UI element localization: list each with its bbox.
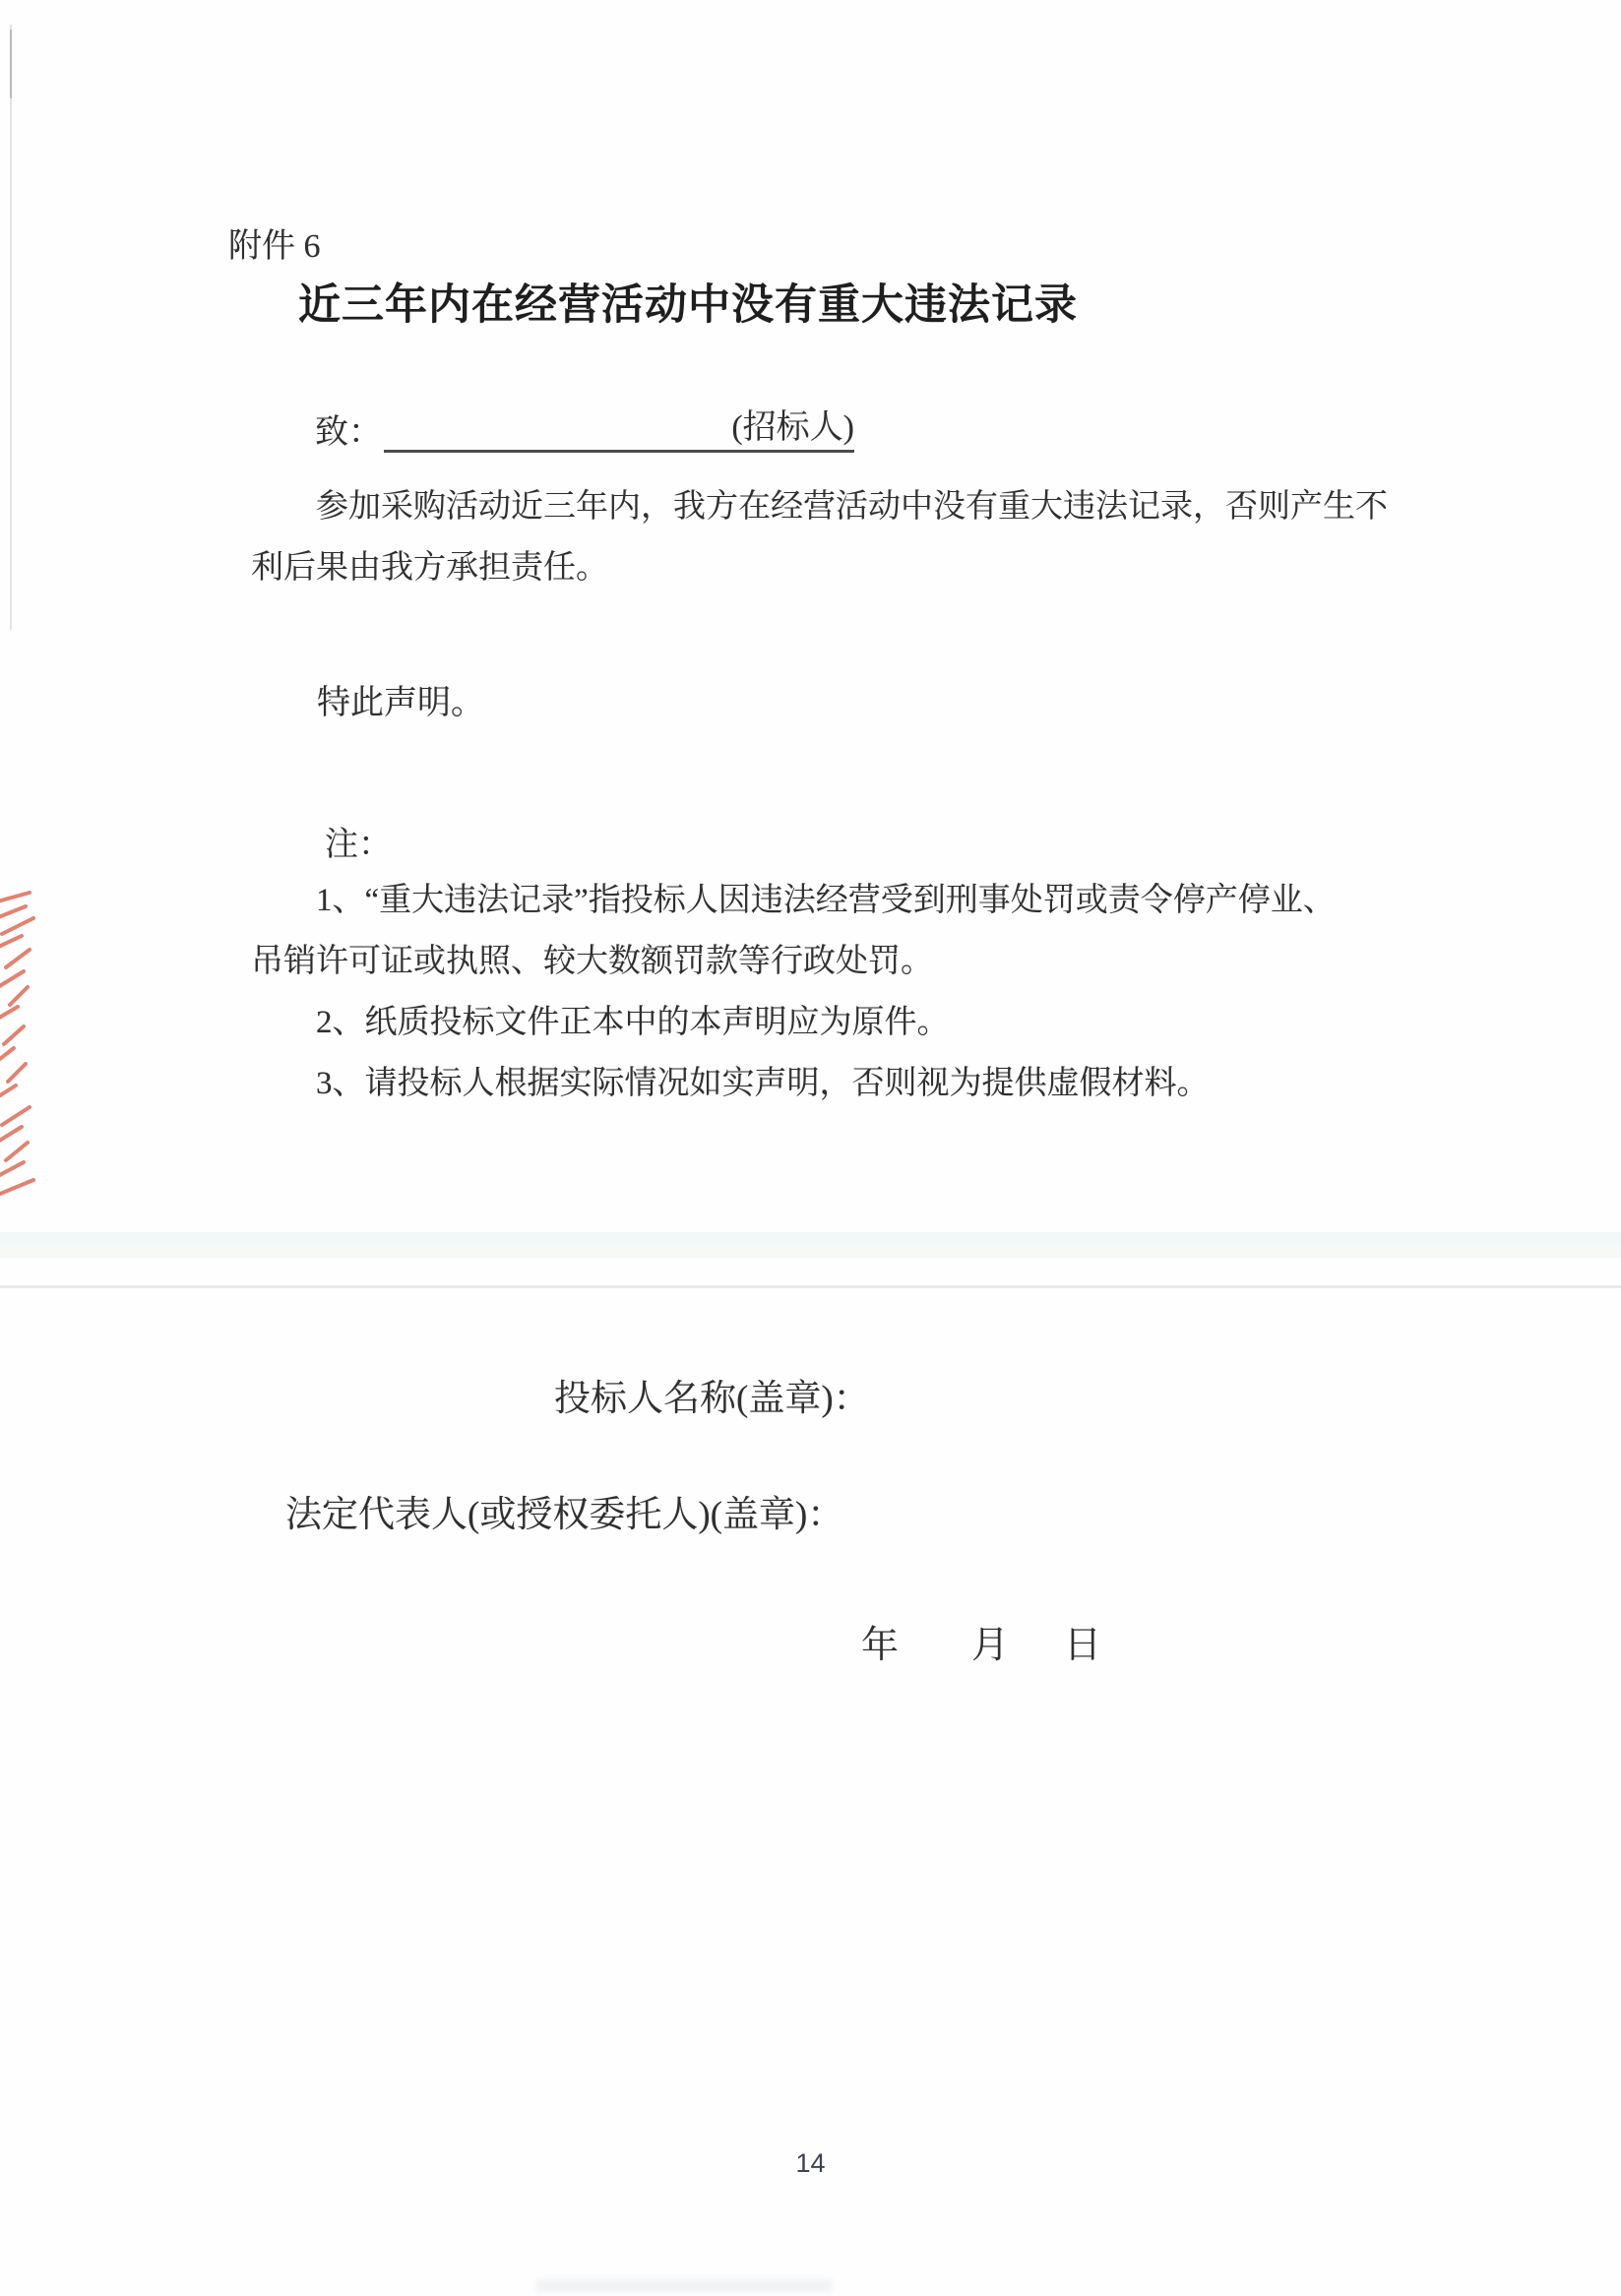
scan-artifact-line xyxy=(0,1285,1621,1288)
note-line: 吊销许可证或执照、较大数额罚款等行政处罚。 xyxy=(251,931,1432,992)
page-number: 14 xyxy=(0,2148,1621,2179)
scan-edge-line xyxy=(10,25,12,630)
salutation-prefix: 致： xyxy=(315,414,382,451)
body-line: 利后果由我方承担责任。 xyxy=(251,537,1432,598)
bleed-through-ghost xyxy=(536,2279,832,2292)
red-stamp-strokes xyxy=(0,889,41,1202)
note-line: 3、请投标人根据实际情况如实声明，否则视为提供虚假材料。 xyxy=(251,1053,1432,1114)
notes-label: 注： xyxy=(325,817,392,865)
scan-edge-mark xyxy=(10,30,12,98)
recipient-blank-field: (招标人) xyxy=(384,400,854,453)
date-year-label: 年 xyxy=(861,1625,899,1666)
red-stamp-fragment xyxy=(0,889,41,1202)
recipient-hint: (招标人) xyxy=(731,400,854,448)
document-title: 近三年内在经营活动中没有重大违法记录 xyxy=(298,272,1078,332)
attachment-label: 附件 6 xyxy=(228,218,321,267)
body-line: 参加采购活动近三年内，我方在经营活动中没有重大违法记录，否则产生不 xyxy=(251,476,1432,537)
declaration-text: 特此声明。 xyxy=(317,675,484,723)
legal-representative-label: 法定代表人(或授权委托人)(盖章)： xyxy=(285,1484,843,1537)
document-page: 附件 6 近三年内在经营活动中没有重大违法记录 致：(招标人) 参加采购活动近三… xyxy=(0,0,1621,2296)
note-line: 1、“重大违法记录”指投标人因违法经营受到刑事处罚或责令停产停业、 xyxy=(251,870,1432,931)
salutation-line: 致：(招标人) xyxy=(315,400,854,453)
bidder-name-label: 投标人名称(盖章)： xyxy=(554,1368,870,1421)
body-paragraph: 参加采购活动近三年内，我方在经营活动中没有重大违法记录，否则产生不 利后果由我方… xyxy=(251,476,1432,598)
scan-artifact-band xyxy=(0,1232,1621,1258)
date-day-label: 日 xyxy=(1064,1625,1101,1666)
note-line: 2、纸质投标文件正本中的本声明应为原件。 xyxy=(251,992,1432,1053)
date-line: 年月日 xyxy=(861,1614,1101,1668)
notes-paragraph: 1、“重大违法记录”指投标人因违法经营受到刑事处罚或责令停产停业、 吊销许可证或… xyxy=(251,870,1432,1114)
date-month-label: 月 xyxy=(971,1625,1009,1666)
